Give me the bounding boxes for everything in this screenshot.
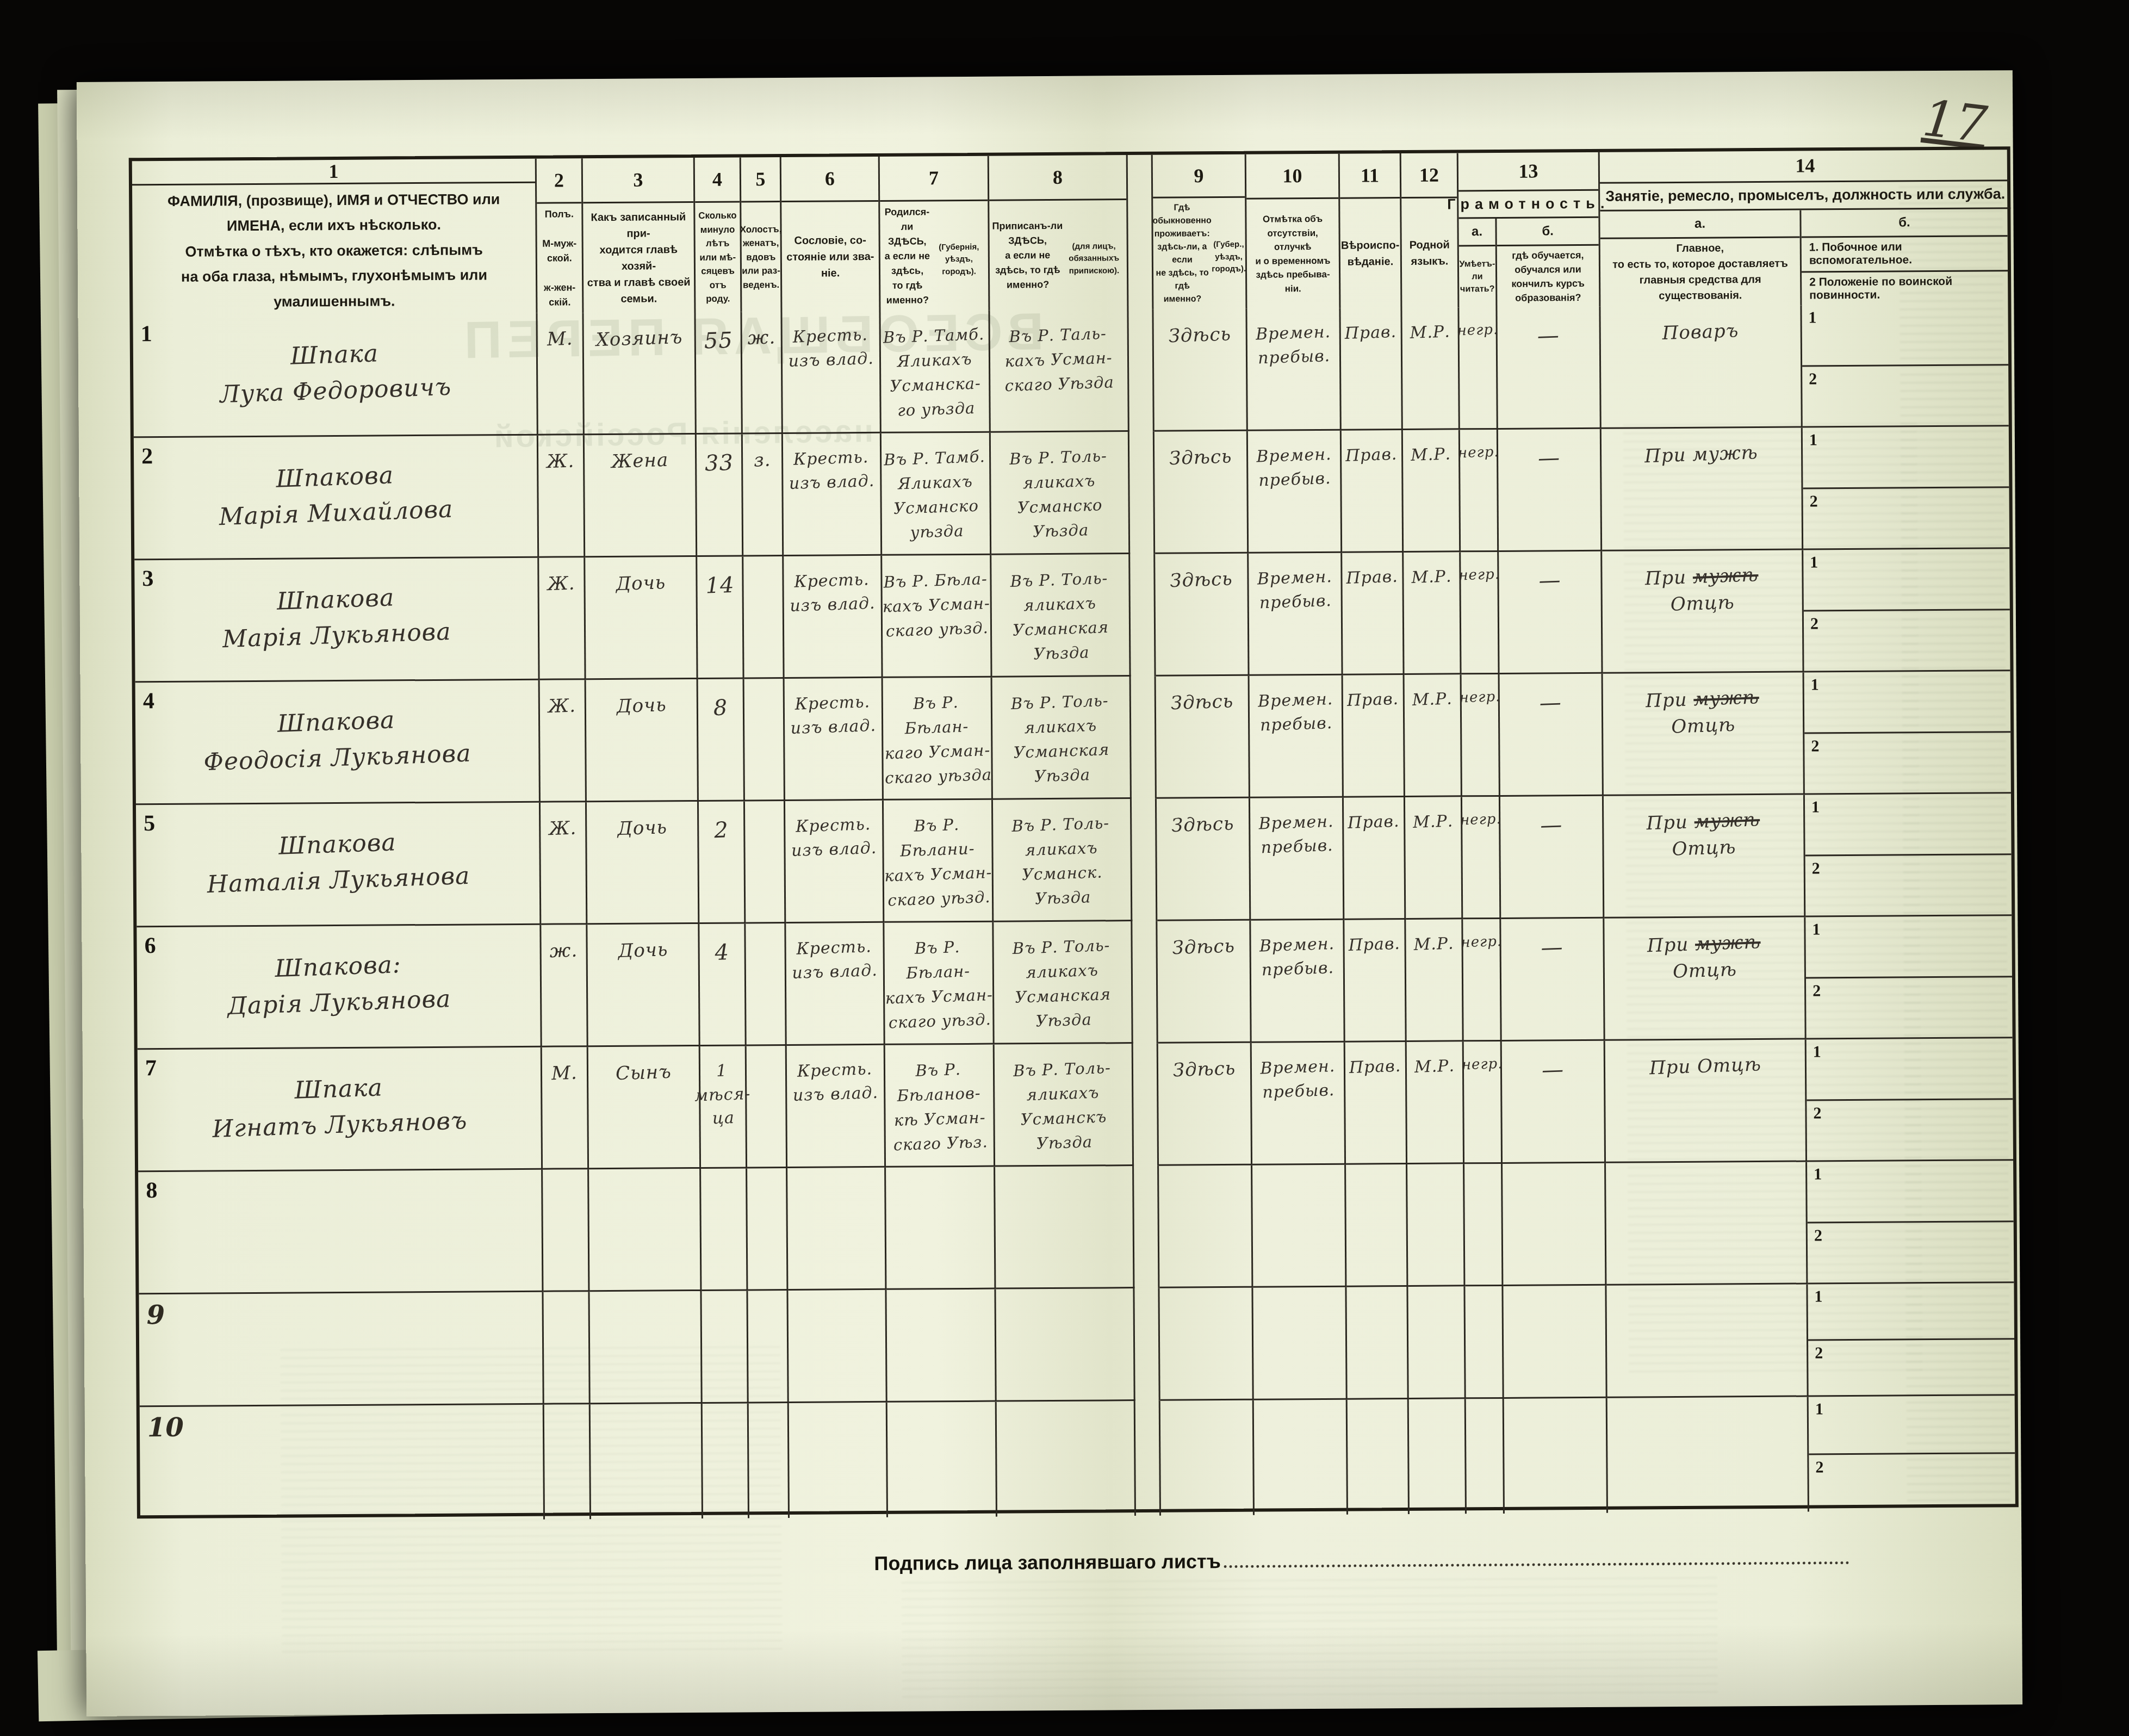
row-number: 9 — [147, 1300, 165, 1330]
sub-number: 2 — [1813, 982, 1821, 1000]
education-value: — — [1538, 565, 1562, 597]
table-row: 3Шпакова Марія Лукьянова Ж. Дочь 14 Крес… — [134, 549, 2010, 683]
cell-name: 5Шпакова Наталія Лукьянова — [136, 803, 541, 928]
cell-sex: М. — [537, 313, 584, 436]
header-col-religion: 11 Вѣроиспо- вѣданіе. — [1340, 153, 1402, 308]
age-value: 4 — [714, 937, 729, 969]
occupation-value: Поваръ — [1662, 318, 1739, 347]
cell-sex: Ж. — [538, 435, 585, 558]
cell-age: 8 — [698, 679, 745, 802]
cell-literacy: негр. — [1459, 307, 1498, 430]
religion-value: Прав. — [1349, 1055, 1402, 1080]
absence-value: Времен. пребыв. — [1259, 932, 1336, 982]
cell-registration — [996, 1288, 1135, 1402]
cell-age — [702, 1291, 748, 1404]
absence-value: Времен. пребыв. — [1257, 565, 1333, 615]
occupation-text: При — [1647, 933, 1695, 957]
cell-religion — [1346, 1287, 1408, 1400]
secondary-occupation-subcell: 1 — [1803, 549, 2010, 611]
age-value: 8 — [713, 692, 728, 724]
photo-background: ВСЕОБЩАЯ ПЕРЕП населенія Россійской 17 1… — [0, 0, 2129, 1736]
occupation-secondary-label: 1. Побочное или вспомогательное. — [1802, 237, 2008, 272]
cell-name: 8 — [138, 1170, 543, 1295]
literacy-value: негр. — [1458, 565, 1500, 586]
occupation-correction — [1649, 1078, 1761, 1082]
religion-value: Прав. — [1344, 320, 1397, 346]
cell-age — [701, 1168, 748, 1291]
header-col-marital: 5 Холостъ, женатъ, вдовъ или раз- веденъ… — [741, 157, 783, 312]
cell-age: 55 — [696, 312, 742, 435]
cell-relation: Сынъ — [588, 1046, 701, 1169]
cell-language — [1409, 1399, 1467, 1514]
cell-occupation: При мужѣ — [1602, 428, 1803, 551]
cell-age: 2 — [699, 801, 746, 924]
relation-value: Сынъ — [615, 1059, 672, 1088]
row-number: 2 — [141, 443, 153, 469]
occupation-correction: Отцѣ — [1646, 588, 1760, 619]
cell-marital: ж. — [742, 312, 783, 434]
person-name: Шпакова Марія Лукьянова — [221, 578, 452, 658]
fold-gutter — [1135, 1401, 1161, 1516]
literacy-value: негр. — [1457, 320, 1499, 342]
header-label-registration: Приписанъ-ли ЗДѢСЬ, а если не здѣсь, то … — [989, 200, 1127, 311]
birthplace-value: Въ Р. Тамб. Яликахъ Усманско уѣзда — [883, 444, 988, 545]
birthplace-value: Въ Р. Бѣлан- кахъ Усман- скаго уѣзд. — [883, 934, 994, 1035]
occupation-value: При мужѣОтцѣ — [1647, 929, 1762, 987]
relation-value: Дочь — [615, 569, 666, 598]
sub-number: 1 — [1814, 1287, 1822, 1306]
cell-absence: Времен. пребыв. — [1251, 920, 1345, 1043]
row-number: 7 — [145, 1055, 157, 1081]
cell-registration: Въ Р. Таль- кахъ Усман- скаго Уѣзда — [990, 309, 1129, 433]
header-col-occupation: 14 Занятіе, ремесло, промыселъ, должност… — [1600, 150, 2012, 307]
fold-gutter — [1134, 1166, 1159, 1288]
education-value: — — [1537, 442, 1561, 474]
fold-gutter — [1131, 677, 1157, 799]
education-value: — — [1540, 809, 1563, 841]
header-col-age: 4 Сколько минуло лѣтъ или мѣ- сяцевъ отъ… — [695, 157, 742, 312]
col-number: 1 — [132, 159, 535, 186]
cell-estate: Кресть. изъ влад. — [782, 311, 881, 434]
absence-value: Времен. пребыв. — [1257, 687, 1334, 737]
cell-sex — [543, 1292, 590, 1405]
col-number: 5 — [741, 157, 780, 202]
cell-absence — [1254, 1400, 1348, 1515]
residence-value: Здѣсь — [1172, 1055, 1236, 1084]
cell-occupation-side: 1 2 — [1807, 1038, 2013, 1162]
table-row: 10 1 2 — [140, 1396, 2015, 1522]
education-value: — — [1539, 687, 1562, 719]
cell-literacy: негр. — [1463, 919, 1501, 1041]
cell-language — [1408, 1286, 1466, 1399]
census-sheet: ВСЕОБЩАЯ ПЕРЕП населенія Россійской 17 1… — [77, 70, 2022, 1716]
cell-absence: Времен. пребыв. — [1248, 431, 1342, 554]
cell-name: 10 — [140, 1405, 545, 1522]
table-row: 9 1 2 — [139, 1283, 2014, 1407]
secondary-occupation-subcell: 1 — [1807, 1038, 2013, 1101]
relation-value: Жена — [611, 447, 669, 476]
sub-number: 2 — [1812, 859, 1820, 878]
cell-name: 6Шпакова: Дарія Лукьянова — [136, 925, 542, 1050]
person-name: Шпакова Марія Михайлова — [217, 456, 454, 536]
cell-religion — [1348, 1399, 1410, 1515]
cell-occupation: При мужѣОтцѣ — [1602, 550, 1804, 674]
cell-marital — [745, 801, 786, 923]
relation-value: Дочь — [616, 692, 667, 720]
header-label-absence: Отмѣтка объ отсутствіи, отлучкѣ и о врем… — [1246, 199, 1339, 309]
sub-number: 1 — [1813, 1043, 1821, 1061]
cell-birthplace — [886, 1167, 996, 1290]
occupation-correction: Отцѣ — [1647, 833, 1761, 864]
cell-name: 7Шпака Игнатъ Лукьяновъ — [138, 1047, 543, 1173]
cell-occupation-side: 1 2 — [1805, 916, 2012, 1039]
sub-number: 1 — [1808, 308, 1816, 327]
table-row: 8 1 2 — [138, 1161, 2014, 1294]
occupation-text: При Отцѣ — [1649, 1053, 1761, 1079]
cell-literacy — [1464, 1164, 1503, 1286]
cell-birthplace: Въ Р. Бѣлан- каго Усман- скаго уѣзда — [883, 678, 993, 801]
religion-value: Прав. — [1345, 443, 1398, 468]
occupation-text: При — [1646, 811, 1694, 834]
cell-residence: Здѣсь — [1158, 1043, 1252, 1166]
registration-value: Въ Р. Толь- яликахъ Усманская Уѣзда — [1012, 933, 1113, 1034]
occupation-text: При — [1646, 689, 1694, 712]
cell-registration — [997, 1401, 1136, 1517]
cell-registration: Въ Р. Толь- яликахъ Усманская Уѣзда — [992, 677, 1132, 800]
row-number: 1 — [141, 321, 152, 347]
residence-value: Здѣсь — [1168, 321, 1232, 350]
estate-value: Кресть. изъ влад. — [790, 690, 877, 740]
cell-estate: Кресть. изъ влад. — [785, 801, 884, 923]
registration-value: Въ Р. Толь- яликахъ Усманско Уѣзда — [1009, 444, 1110, 545]
secondary-occupation-subcell: 1 — [1807, 1161, 2014, 1223]
person-name: Шпакова Наталія Лукьянова — [205, 822, 470, 903]
header-col-birthplace: 7 Родился-ли ЗДѢСЬ, а если не здѣсь, то … — [880, 156, 990, 311]
header-col-absence: 10 Отмѣтка объ отсутствіи, отлучкѣ и о в… — [1246, 154, 1341, 309]
cell-registration: Въ Р. Толь- яликахъ Усманскъ Уѣзда — [995, 1044, 1134, 1167]
cell-occupation-side: 1 2 — [1807, 1161, 2014, 1284]
cell-education — [1503, 1286, 1607, 1399]
absence-value: Времен. пребыв. — [1258, 810, 1334, 860]
cell-sex: Ж. — [539, 557, 586, 680]
sub-number: 1 — [1812, 920, 1820, 939]
cell-occupation — [1607, 1397, 1809, 1512]
cell-name: 1Шпака Лука Федоровичъ — [133, 313, 538, 438]
occupation-side-labels: 1. Побочное или вспомогательное. 2 Полож… — [1802, 237, 2008, 305]
secondary-occupation-subcell: 1 — [1802, 304, 2008, 367]
cell-education: — — [1497, 307, 1601, 430]
cell-language: М.Р. — [1406, 919, 1463, 1042]
cell-absence: Времен. пребыв. — [1252, 1043, 1346, 1165]
residence-value: Здѣсь — [1172, 933, 1236, 962]
cell-education: — — [1502, 1041, 1606, 1164]
cell-residence: Здѣсь — [1154, 431, 1249, 554]
cell-literacy: негр. — [1460, 430, 1499, 552]
col-number: 3 — [583, 158, 694, 203]
fold-gutter — [1128, 155, 1154, 309]
row-number: 8 — [146, 1177, 157, 1204]
occupation-struck-text: мужѣ — [1693, 686, 1760, 710]
cell-marital — [749, 1403, 790, 1518]
header-residence-note: (Губер., уѣздъ, городъ). — [1212, 239, 1246, 276]
cell-residence: Здѣсь — [1157, 921, 1251, 1044]
cell-occupation: Поваръ — [1600, 306, 1802, 429]
cell-language — [1407, 1164, 1465, 1287]
age-value: 14 — [705, 569, 735, 602]
cell-registration: Въ Р. Толь- яликахъ Усманско Уѣзда — [991, 432, 1130, 555]
fold-gutter — [1133, 1044, 1159, 1166]
sub-number: 1 — [1811, 675, 1819, 694]
occupation-text: При — [1644, 566, 1693, 590]
cell-literacy — [1465, 1286, 1504, 1399]
header-label-age: Сколько минуло лѣтъ или мѣ- сяцевъ отъ р… — [695, 202, 740, 312]
cell-education: — — [1500, 796, 1604, 919]
cell-sex: Ж. — [540, 680, 587, 803]
cell-religion — [1346, 1164, 1408, 1287]
cell-religion: Прав. — [1342, 430, 1404, 553]
relation-value: Хозяинъ — [595, 324, 683, 354]
cell-religion: Прав. — [1344, 797, 1406, 920]
occupation-value: При Отцѣ — [1649, 1051, 1762, 1082]
cell-age: 4 — [699, 923, 746, 1046]
secondary-occupation-subcell: 1 — [1808, 1283, 2014, 1341]
sub-number: 1 — [1814, 1165, 1822, 1183]
sub-number: 2 — [1815, 1344, 1823, 1362]
literacy-read-label: Умѣетъ- ли читать? — [1459, 246, 1496, 308]
cell-language: М.Р. — [1405, 674, 1462, 797]
cell-residence: Здѣсь — [1155, 554, 1249, 677]
estate-value: Кресть. изъ влад. — [787, 323, 874, 373]
cell-relation: Дочь — [587, 802, 699, 925]
sub-number: 2 — [1810, 615, 1818, 633]
literacy-sub-a: а. Умѣетъ- ли читать? — [1458, 219, 1497, 308]
military-status-subcell: 2 — [1809, 1454, 2015, 1511]
header-label-birthplace: Родился-ли ЗДѢСЬ, а если не здѣсь, то гд… — [880, 201, 988, 311]
cell-estate — [788, 1290, 887, 1403]
military-status-subcell: 2 — [1803, 488, 2009, 549]
relation-value: Дочь — [617, 937, 668, 965]
cell-estate: Кресть. изъ влад. — [784, 556, 883, 679]
cell-registration — [995, 1166, 1134, 1289]
header-label-occupation: Занятіе, ремесло, промыселъ, должность и… — [1600, 181, 2010, 212]
cell-absence — [1252, 1165, 1346, 1288]
page-number: 17 — [1920, 89, 1990, 154]
cell-occupation: При мужѣОтцѣ — [1604, 917, 1806, 1041]
cell-occupation — [1606, 1284, 1808, 1398]
header-label-name: ФАМИЛІЯ, (прозвище), ИМЯ и ОТЧЕСТВО или … — [132, 183, 536, 319]
col-number: 7 — [880, 156, 988, 202]
header-col-name: 1 ФАМИЛІЯ, (прозвище), ИМЯ и ОТЧЕСТВО ил… — [132, 159, 538, 316]
sex-value: Ж. — [548, 693, 577, 721]
sub-number: 1 — [1810, 553, 1818, 572]
cell-marital — [744, 679, 785, 801]
col-number: 12 — [1401, 153, 1457, 199]
cell-relation: Дочь — [586, 679, 699, 802]
occupation-value: При мужѣОтцѣ — [1646, 684, 1761, 742]
cell-absence: Времен. пребыв. — [1247, 308, 1341, 431]
cell-birthplace: Въ Р. Тамб. Яликахъ Усманска- го уѣзда — [880, 311, 990, 433]
cell-education — [1504, 1398, 1608, 1514]
language-value: М.Р. — [1410, 442, 1451, 467]
table-row: 2Шпакова Марія Михайлова Ж. Жена 33 з. К… — [134, 426, 2009, 560]
header-residence-main: Гдѣ обыкновенно проживаетъ: здѣсь-ли, а … — [1152, 201, 1212, 306]
cell-name: 3Шпакова Марія Лукьянова — [134, 558, 539, 683]
cell-marital: з. — [743, 434, 784, 556]
language-value: М.Р. — [1412, 687, 1453, 712]
sub-b-head: б. — [1801, 209, 2007, 238]
religion-value: Прав. — [1348, 932, 1401, 958]
age-value: 2 — [713, 814, 729, 846]
col-number: 9 — [1153, 154, 1245, 199]
sub-number: 2 — [1815, 1458, 1823, 1477]
gutter-spacer — [1128, 155, 1151, 199]
sub-number: 1 — [1811, 798, 1820, 816]
fold-gutter — [1132, 921, 1158, 1044]
cell-birthplace: Въ Р. Бѣланов- кѣ Усман- скаго Уѣз. — [885, 1045, 995, 1168]
cell-marital — [743, 556, 784, 679]
cell-age — [703, 1403, 749, 1518]
birthplace-value: Въ Р. Бѣлан- каго Усман- скаго уѣзда — [882, 689, 992, 790]
occupation-correction — [1645, 466, 1759, 470]
cell-education — [1503, 1163, 1606, 1286]
cell-sex: ж. — [541, 925, 588, 1047]
cell-birthplace: Въ Р. Бѣла- кахъ Усман- скаго уѣзд. — [882, 555, 992, 678]
cell-relation: Дочь — [587, 924, 700, 1047]
sub-number: 1 — [1809, 431, 1817, 449]
cell-birthplace — [887, 1402, 997, 1517]
cell-marital — [747, 1046, 787, 1168]
fold-gutter — [1130, 554, 1156, 677]
sex-value: ж. — [549, 938, 578, 965]
residence-value: Здѣсь — [1171, 810, 1234, 839]
cell-sex: М. — [542, 1047, 589, 1170]
secondary-occupation-subcell: 1 — [1804, 671, 2011, 734]
header-birthplace-main: Родился-ли ЗДѢСЬ, а если не здѣсь, то гд… — [882, 204, 932, 308]
sub-b-head: б. — [1497, 218, 1598, 246]
cell-education: — — [1501, 919, 1605, 1041]
cell-occupation-side: 1 2 — [1809, 1396, 2015, 1511]
secondary-occupation-subcell: 1 — [1805, 916, 2012, 978]
literacy-subcolumns: а. Умѣетъ- ли читать? б. гдѣ обучается, … — [1458, 218, 1599, 307]
cell-residence: Здѣсь — [1156, 676, 1250, 799]
cell-birthplace — [886, 1289, 996, 1403]
cell-religion: Прав. — [1340, 308, 1402, 431]
occupation-struck-text: мужѣ — [1694, 809, 1760, 833]
military-status-subcell: 2 — [1805, 855, 2012, 916]
cell-literacy — [1466, 1399, 1505, 1514]
cell-registration: Въ Р. Толь- яликахъ Усманская Уѣзда — [994, 921, 1133, 1045]
row-number: 5 — [144, 810, 155, 836]
sub-number: 2 — [1814, 1226, 1822, 1245]
cell-education: — — [1498, 429, 1602, 552]
cell-age: 33 — [697, 434, 743, 557]
occupation-value: При мужѣ — [1644, 439, 1758, 470]
cell-occupation-side: 1 2 — [1803, 549, 2010, 672]
absence-value: Времен. пребыв. — [1255, 320, 1332, 370]
table-row: 5Шпакова Наталія Лукьянова Ж. Дочь 2 Кре… — [136, 793, 2012, 927]
occupation-correction: Отцѣ — [1648, 956, 1762, 986]
estate-value: Кресть. изъ влад. — [792, 1057, 879, 1107]
table-row: 7Шпака Игнатъ Лукьяновъ М. Сынъ 1 мѣся- … — [138, 1038, 2013, 1172]
header-label-relation: Какъ записанный при- ходится главѣ хозяй… — [583, 203, 694, 313]
military-status-subcell: 2 — [1802, 365, 2009, 426]
cell-literacy: негр. — [1462, 674, 1500, 797]
header-label-sex: Полъ. М-муж- ской. ж-жен- скій. — [537, 203, 582, 313]
cell-relation: Хозяинъ — [584, 312, 696, 435]
language-value: М.Р. — [1414, 1054, 1455, 1079]
header-birthplace-note: (Губернія, уѣздъ, городъ). — [932, 241, 986, 278]
language-value: М.Р. — [1413, 932, 1454, 957]
cell-absence: Времен. пребыв. — [1250, 675, 1344, 798]
col-number: 2 — [537, 158, 582, 203]
cell-education: — — [1499, 551, 1603, 674]
age-value: 1 мѣся- ца — [693, 1058, 752, 1131]
cell-age: 14 — [697, 556, 744, 679]
cell-language: М.Р. — [1403, 430, 1461, 553]
absence-value: Времен. пребыв. — [1259, 1055, 1336, 1105]
signature-line: Подпись лица заполнявшаго листъ — [874, 1545, 1849, 1575]
cell-religion: Прав. — [1342, 553, 1404, 675]
header-col-estate: 6 Сословіе, со- стояніе или зва- ніе. — [781, 157, 881, 312]
person-name: Шпака Игнатъ Лукьяновъ — [210, 1067, 468, 1148]
estate-value: Кресть. изъ влад. — [788, 445, 875, 495]
header-col-sex: 2 Полъ. М-муж- ской. ж-жен- скій. — [537, 158, 584, 313]
marital-value: ж. — [747, 324, 776, 352]
cell-residence — [1159, 1165, 1253, 1288]
sex-value: М. — [547, 326, 573, 354]
header-col-registration: 8 Приписанъ-ли ЗДѢСЬ, а если не здѣсь, т… — [989, 155, 1129, 311]
cell-residence: Здѣсь — [1153, 309, 1247, 432]
cell-education: — — [1500, 674, 1604, 797]
cell-literacy: негр. — [1462, 797, 1501, 919]
secondary-occupation-subcell: 1 — [1803, 426, 2009, 489]
col-number: 10 — [1246, 154, 1339, 200]
sex-value: Ж. — [547, 448, 575, 476]
col-number: 13 — [1458, 152, 1598, 192]
military-status-label: 2 Положеніе по воинской повинности. — [1802, 271, 2008, 306]
col-number: 14 — [1600, 150, 2010, 184]
cell-birthplace: Въ Р. Бѣлан- кахъ Усман- скаго уѣзд. — [884, 922, 994, 1045]
literacy-value: негр. — [1459, 687, 1501, 709]
occupation-text: Поваръ — [1662, 320, 1739, 344]
row-number: 10 — [147, 1412, 184, 1443]
registration-value: Въ Р. Толь- яликахъ Усманск. Уѣзда — [1011, 811, 1113, 912]
sex-value: Ж. — [547, 571, 576, 598]
cell-estate — [789, 1403, 888, 1518]
occupation-main-label: Главное, то есть то, которое доставляетъ… — [1600, 238, 1801, 307]
sex-value: М. — [551, 1060, 578, 1088]
estate-value: Кресть. изъ влад. — [791, 935, 878, 985]
cell-marital — [746, 923, 786, 1046]
cell-absence — [1253, 1287, 1347, 1400]
cell-occupation-side: 1 2 — [1808, 1283, 2014, 1397]
cell-occupation: При Отцѣ — [1605, 1040, 1807, 1163]
cell-religion: Прав. — [1344, 920, 1406, 1043]
table-header: 1 ФАМИЛІЯ, (прозвище), ИМЯ и ОТЧЕСТВО ил… — [132, 150, 2008, 315]
col-number: 8 — [989, 155, 1127, 201]
military-status-subcell: 2 — [1807, 1100, 2013, 1161]
sub-number: 2 — [1810, 492, 1818, 511]
cell-occupation: При мужѣОтцѣ — [1603, 673, 1805, 796]
table-row: 1Шпака Лука Федоровичъ М. Хозяинъ 55 ж. … — [133, 304, 2008, 438]
fold-gutter — [1132, 799, 1157, 921]
cell-marital — [747, 1168, 788, 1291]
military-status-subcell: 2 — [1804, 733, 2011, 793]
cell-religion: Прав. — [1345, 1042, 1407, 1165]
sub-a-head: а. — [1458, 219, 1495, 246]
secondary-occupation-subcell: 1 — [1805, 793, 2012, 856]
cell-registration: Въ Р. Толь- яликахъ Усманская Уѣзда — [991, 554, 1131, 678]
